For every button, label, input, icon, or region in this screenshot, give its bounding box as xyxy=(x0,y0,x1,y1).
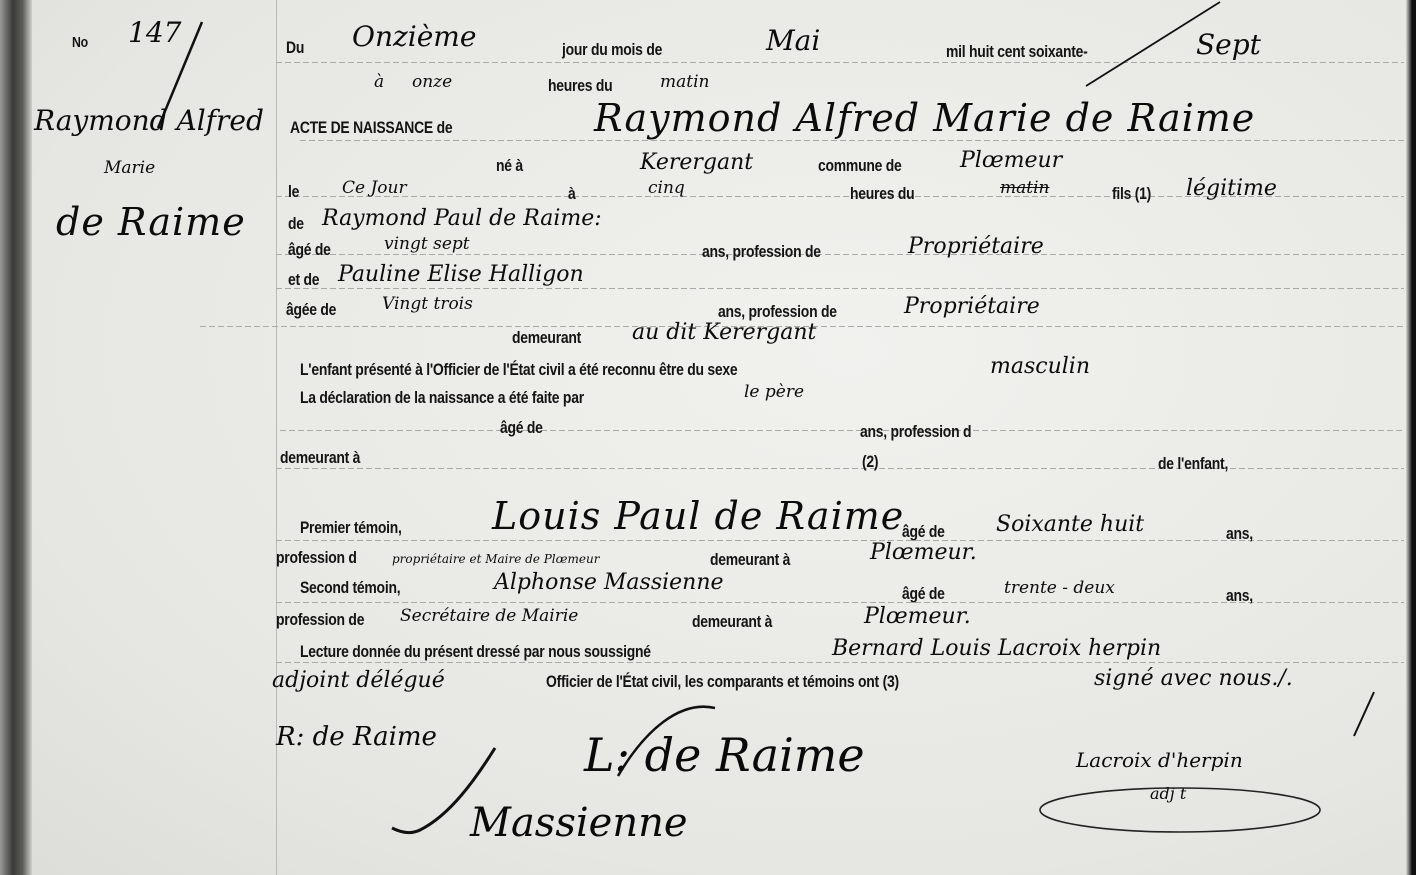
father-profession: Propriétaire xyxy=(908,234,1044,259)
declarant-demeurant-label: demeurant à xyxy=(280,448,360,468)
sex-value: masculin xyxy=(990,354,1090,379)
ruled-line xyxy=(276,254,1404,255)
witness2-age-label: âgé de xyxy=(902,584,945,604)
witness1-label: Premier témoin, xyxy=(300,518,402,538)
month-value: Mai xyxy=(766,24,820,57)
ruled-line xyxy=(280,430,1404,431)
witness2-age: trente - deux xyxy=(1004,578,1115,598)
le-label: le xyxy=(288,182,299,202)
witness2-label: Second témoin, xyxy=(300,578,400,598)
child-name: Raymond Alfred Marie de Raime xyxy=(594,96,1255,140)
ruled-line xyxy=(276,468,1404,469)
witness2-name: Alphonse Massienne xyxy=(494,570,724,595)
witness1-residence: Plœmeur. xyxy=(870,540,977,565)
officer-title: adjoint délégué xyxy=(272,668,445,693)
officer-name: Bernard Louis Lacroix herpin xyxy=(832,636,1161,661)
enfant-label: de l'enfant, xyxy=(1158,454,1228,474)
commune-value: Plœmeur xyxy=(960,148,1062,173)
signature-officer-paraph xyxy=(1030,790,1330,850)
witness1-profession: propriétaire et Maire de Plœmeur xyxy=(392,552,599,566)
birth-certificate-page: No 147 Raymond Alfred Marie de Raime Du … xyxy=(0,0,1416,875)
birth-period: matin xyxy=(1000,178,1049,198)
declarant-value: le père xyxy=(744,382,804,402)
ruled-line xyxy=(300,140,1404,141)
year-label: mil huit cent soixante- xyxy=(946,42,1088,62)
witness1-ans: ans, xyxy=(1226,524,1253,544)
day-value: Onzième xyxy=(352,20,476,53)
signed-value: signé avec nous./. xyxy=(1094,666,1293,691)
birth-a-label: à xyxy=(568,184,576,204)
record-number-label: No xyxy=(72,34,88,51)
jour-label: jour du mois de xyxy=(562,40,662,60)
ruled-line xyxy=(276,62,1404,63)
birth-hour: cinq xyxy=(648,178,685,198)
signature-officer: Lacroix d'herpin xyxy=(1076,748,1243,772)
birth-heures-label: heures du xyxy=(850,184,914,204)
page-binding xyxy=(0,0,32,875)
mother-name: Pauline Elise Halligon xyxy=(338,262,584,287)
heures-label: heures du xyxy=(548,76,612,96)
ruled-line xyxy=(276,288,1404,289)
margin-name-line3: de Raime xyxy=(56,200,246,244)
father-name: Raymond Paul de Raime: xyxy=(322,206,602,231)
fils-label: fils (1) xyxy=(1112,184,1151,204)
declarant-note: (2) xyxy=(862,452,878,472)
ruled-line xyxy=(276,662,1404,663)
declarant-profession-label: ans, profession d xyxy=(860,422,971,442)
period-value: matin xyxy=(660,72,709,92)
margin-name-line1: Raymond Alfred xyxy=(34,104,264,137)
declared-label: La déclaration de la naissance a été fai… xyxy=(300,388,584,408)
witness1-demeurant-label: demeurant à xyxy=(710,550,790,570)
witness1-age-label: âgé de xyxy=(902,522,945,542)
hour-value: onze xyxy=(412,72,452,92)
declarant-age-label: âgé de xyxy=(500,418,543,438)
commune-label: commune de xyxy=(818,156,902,176)
witness1-age: Soixante huit xyxy=(996,512,1144,537)
mother-residence: au dit Kerergant xyxy=(632,320,816,345)
presented-label: L'enfant présenté à l'Officier de l'État… xyxy=(300,360,737,380)
father-de-label: de xyxy=(288,214,304,234)
margin-name-line2: Marie xyxy=(104,158,155,178)
witness2-ans: ans, xyxy=(1226,586,1253,606)
legitimacy-value: légitime xyxy=(1186,176,1277,201)
father-profession-label: ans, profession de xyxy=(702,242,821,262)
father-age: vingt sept xyxy=(384,234,470,254)
witness1-profession-label: profession d xyxy=(276,548,357,568)
mother-profession: Propriétaire xyxy=(904,294,1040,319)
closing-slash xyxy=(1350,690,1380,740)
witness2-profession-label: profession de xyxy=(276,610,364,630)
page-edge xyxy=(1406,0,1416,875)
mother-demeurant-label: demeurant xyxy=(512,328,581,348)
birth-day: Ce Jour xyxy=(342,178,407,198)
du-label: Du xyxy=(286,38,304,58)
mother-age-label: âgée de xyxy=(286,300,336,320)
birthplace: Kerergant xyxy=(640,150,753,175)
officer-label: Officier de l'État civil, les comparants… xyxy=(546,672,899,692)
strike-mark xyxy=(1080,0,1230,90)
lecture-label: Lecture donnée du présent dressé par nou… xyxy=(300,642,651,662)
witness2-demeurant-label: demeurant à xyxy=(692,612,772,632)
acte-title: ACTE DE NAISSANCE de xyxy=(290,118,452,138)
signature-witness2: Massienne xyxy=(470,800,688,846)
ne-label: né à xyxy=(496,156,523,176)
witness2-residence: Plœmeur. xyxy=(864,604,971,629)
signature-witness1-flourish xyxy=(590,700,730,780)
hour-a-label: à xyxy=(374,72,384,92)
mother-et-label: et de xyxy=(288,270,319,290)
witness2-profession: Secrétaire de Mairie xyxy=(400,606,578,626)
mother-profession-label: ans, profession de xyxy=(718,302,837,322)
mother-age: Vingt trois xyxy=(382,294,473,314)
witness1-name: Louis Paul de Raime xyxy=(492,494,904,538)
father-age-label: âgé de xyxy=(288,240,331,260)
